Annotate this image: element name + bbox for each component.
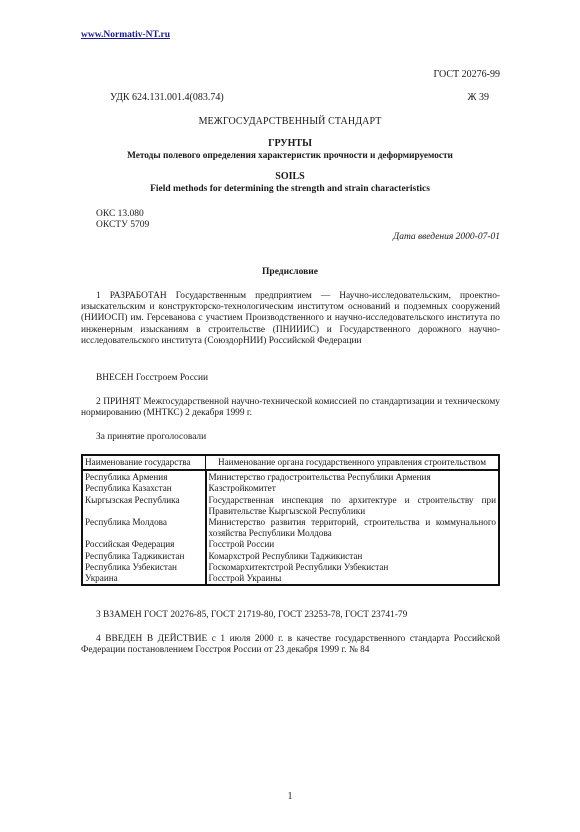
foreword-item-1: 1 РАЗРАБОТАН Государственным предприятие…: [81, 291, 500, 347]
group-code: Ж 39: [468, 92, 489, 103]
table-body: Республика АрменияМинистерство градостро…: [82, 470, 499, 585]
state-name-cell: Республика Таджикистан: [82, 551, 206, 562]
authority-name-cell: Государственная инспекция по архитектуре…: [206, 495, 500, 517]
site-link[interactable]: www.Normativ-NT.ru: [81, 30, 170, 40]
authority-name-cell: Министерство развития территорий, строит…: [206, 517, 500, 539]
table-row: Республика КазахстанКазстройкомитет: [82, 483, 499, 494]
foreword-vnesen: ВНЕСЕН Госстроем России: [81, 373, 500, 384]
date-of-introduction: Дата введения 2000-07-01: [393, 232, 500, 242]
authority-name-cell: Госстрой России: [206, 539, 500, 550]
udk-code: УДК 624.131.001.4(083.74): [110, 92, 224, 103]
column-header-state: Наименование государства: [82, 455, 206, 470]
state-name-cell: Кыргызская Республика: [82, 495, 206, 517]
column-header-authority: Наименование органа государственного упр…: [206, 455, 500, 470]
state-name-cell: Украина: [82, 573, 206, 585]
foreword-item-2: 2 ПРИНЯТ Межгосударственной научно-техни…: [81, 397, 500, 419]
authority-name-cell: Комархстрой Республики Таджикистан: [206, 551, 500, 562]
state-name-cell: Российская Федерация: [82, 539, 206, 550]
table-row: УкраинаГосстрой Украины: [82, 573, 499, 585]
title-ru: ГРУНТЫ: [0, 138, 580, 149]
foreword-item-3: 3 ВЗАМЕН ГОСТ 20276-85, ГОСТ 21719-80, Г…: [81, 610, 500, 621]
state-name-cell: Республика Молдова: [82, 517, 206, 539]
okstu-code: ОКСТУ 5709: [96, 220, 149, 231]
voting-states-table: Наименование государства Наименование ор…: [81, 454, 500, 586]
table-row: Республика МолдоваМинистерство развития …: [82, 517, 499, 539]
authority-name-cell: Министерство градостроительства Республи…: [206, 470, 500, 483]
state-name-cell: Республика Армения: [82, 470, 206, 483]
table-row: Республика УзбекистанГоскомархитектстрой…: [82, 562, 499, 573]
foreword-heading: Предисловие: [0, 267, 580, 277]
oks-code: ОКС 13.080: [96, 209, 149, 220]
table-header-row: Наименование государства Наименование ор…: [82, 455, 499, 470]
gost-code: ГОСТ 20276-99: [434, 69, 500, 80]
table-row: Республика АрменияМинистерство градостро…: [82, 470, 499, 483]
table-row: Кыргызская РеспубликаГосударственная инс…: [82, 495, 499, 517]
table-row: Республика ТаджикистанКомархстрой Респуб…: [82, 551, 499, 562]
authority-name-cell: Госкомархитектстрой Республики Узбекиста…: [206, 562, 500, 573]
table-row: Российская ФедерацияГосстрой России: [82, 539, 499, 550]
classifier-codes: ОКС 13.080 ОКСТУ 5709: [96, 209, 149, 231]
state-name-cell: Республика Казахстан: [82, 483, 206, 494]
standard-type: МЕЖГОСУДАРСТВЕННЫЙ СТАНДАРТ: [0, 116, 580, 127]
page-number: 1: [0, 791, 580, 802]
authority-name-cell: Казстройкомитет: [206, 483, 500, 494]
subtitle-en: Field methods for determining the streng…: [0, 184, 580, 194]
foreword-item-4: 4 ВВЕДЕН В ДЕЙСТВИЕ с 1 июля 2000 г. в к…: [81, 634, 500, 656]
authority-name-cell: Госстрой Украины: [206, 573, 500, 585]
subtitle-ru: Методы полевого определения характеристи…: [0, 151, 580, 161]
vote-label: За принятие проголосовали: [81, 432, 500, 443]
title-en: SOILS: [0, 171, 580, 182]
state-name-cell: Республика Узбекистан: [82, 562, 206, 573]
